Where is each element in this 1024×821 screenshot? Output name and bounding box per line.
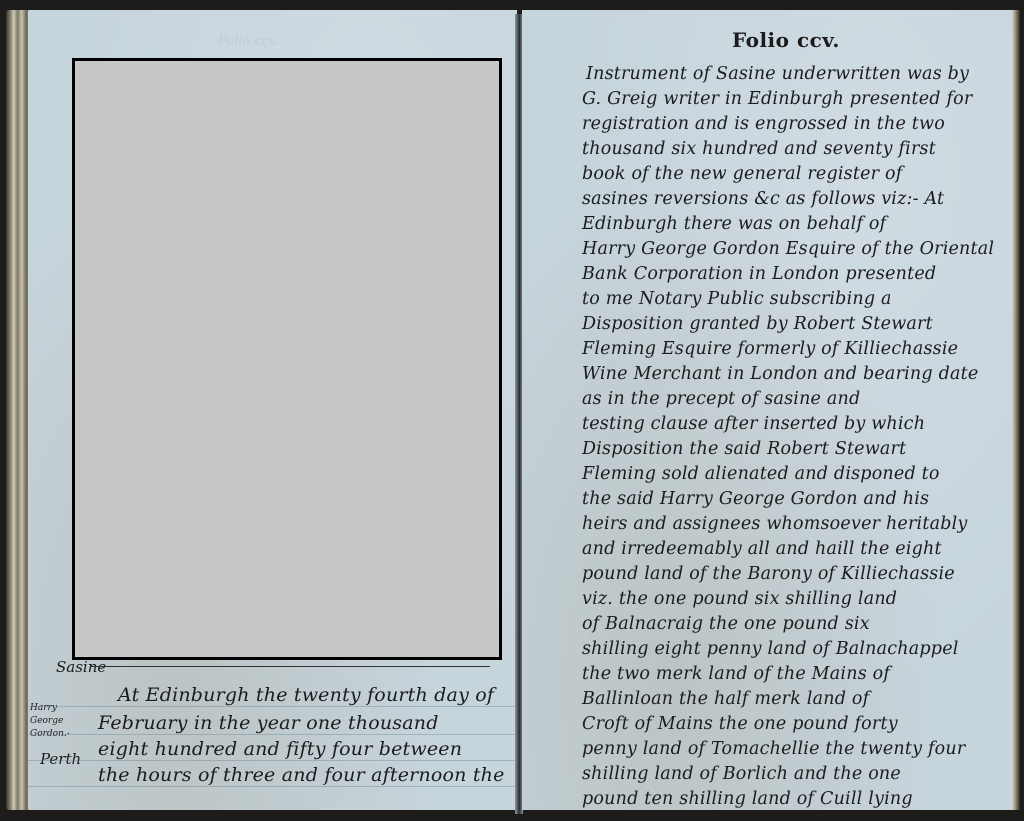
text-line: Fleming Esquire formerly of Killiechassi… bbox=[582, 339, 958, 359]
text-line: Fleming sold alienated and disponed to bbox=[582, 464, 940, 484]
text-line: as in the precept of sasine and bbox=[582, 389, 860, 409]
text-line: the said Harry George Gordon and his bbox=[582, 489, 929, 509]
text-line: Wine Merchant in London and bearing date bbox=[582, 364, 978, 384]
text-line: to me Notary Public subscribing a bbox=[582, 289, 892, 309]
faint-folio-stamp: Folio ccv. bbox=[218, 34, 279, 49]
entry-divider-line bbox=[90, 666, 490, 667]
margin-note-name: Harry George Gordon.- bbox=[30, 702, 90, 741]
redacted-image-box bbox=[72, 58, 502, 660]
text-line: eight hundred and fifty four between bbox=[98, 738, 462, 760]
text-line: shilling land of Borlich and the one bbox=[582, 764, 901, 784]
text-line: pound ten shilling land of Cuill lying bbox=[582, 789, 913, 809]
text-line: Disposition granted by Robert Stewart bbox=[582, 314, 933, 334]
text-line: February in the year one thousand bbox=[98, 712, 439, 734]
text-line: and irredeemably all and haill the eight bbox=[582, 539, 942, 559]
text-line: viz. the one pound six shilling land bbox=[582, 589, 897, 609]
page-edges-right bbox=[1012, 10, 1020, 810]
open-book: Folio ccv. Sasine Harry George Gordon.- … bbox=[0, 0, 1024, 821]
text-line: Bank Corporation in London presented bbox=[582, 264, 936, 284]
text-line: of Balnacraig the one pound six bbox=[582, 614, 870, 634]
text-line: shilling eight penny land of Balnachappe… bbox=[582, 639, 959, 659]
text-line: Harry George Gordon Esquire of the Orien… bbox=[582, 239, 994, 259]
text-line: book of the new general register of bbox=[582, 164, 902, 184]
text-line: Edinburgh there was on behalf of bbox=[582, 214, 886, 234]
text-line: registration and is engrossed in the two bbox=[582, 114, 945, 134]
text-line: At Edinburgh the twenty fourth day of bbox=[118, 684, 494, 706]
text-line: Instrument of Sasine underwritten was by bbox=[586, 64, 969, 84]
text-line: Croft of Mains the one pound forty bbox=[582, 714, 898, 734]
right-page: Folio ccv. Instrument of Sasine underwri… bbox=[522, 10, 1017, 810]
text-line: testing clause after inserted by which bbox=[582, 414, 925, 434]
margin-note-county: Perth bbox=[40, 750, 81, 768]
text-line: G. Greig writer in Edinburgh presented f… bbox=[582, 89, 972, 109]
margin-note-sasine: Sasine bbox=[56, 658, 106, 676]
folio-header: Folio ccv. bbox=[732, 28, 840, 52]
text-line: Ballinloan the half merk land of bbox=[582, 689, 869, 709]
text-line: Disposition the said Robert Stewart bbox=[582, 439, 906, 459]
text-line: sasines reversions &c as follows viz:- A… bbox=[582, 189, 944, 209]
text-line: the two merk land of the Mains of bbox=[582, 664, 890, 684]
text-line: the hours of three and four afternoon th… bbox=[98, 764, 505, 786]
text-line: thousand six hundred and seventy first bbox=[582, 139, 936, 159]
text-line: pound land of the Barony of Killiechassi… bbox=[582, 564, 955, 584]
text-line: penny land of Tomachellie the twenty fou… bbox=[582, 739, 965, 759]
text-line: heirs and assignees whomsoever heritably bbox=[582, 514, 968, 534]
